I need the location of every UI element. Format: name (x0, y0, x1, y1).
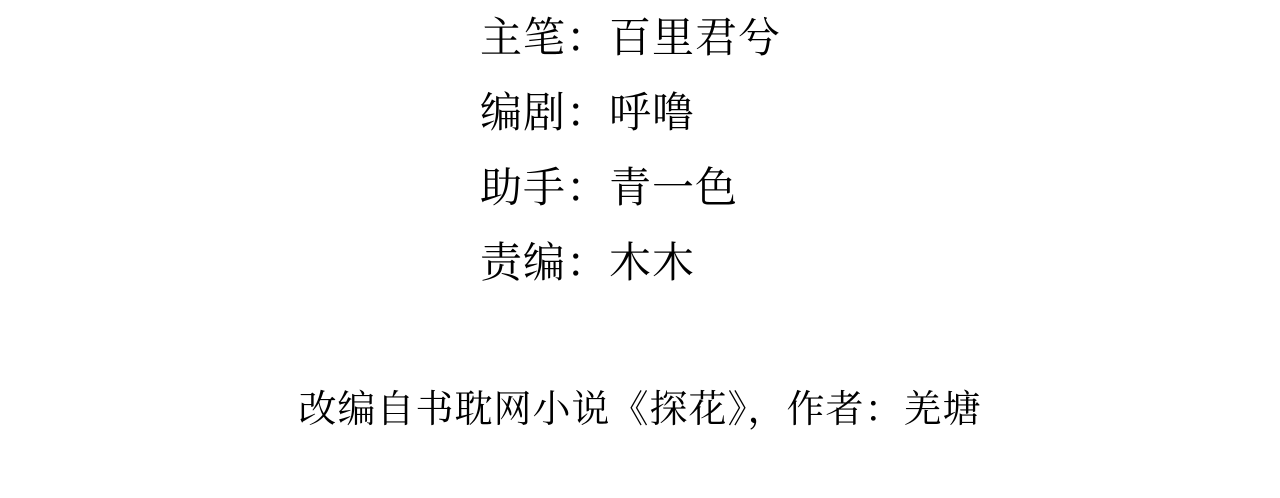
credit-line-assistant: 助手：青一色 (480, 150, 781, 225)
credits-block: 主笔：百里君兮 编剧：呼噜 助手：青一色 责编：木木 (480, 0, 781, 300)
credit-line-screenwriter: 编剧：呼噜 (480, 75, 781, 150)
credit-line-lead-artist: 主笔：百里君兮 (480, 0, 781, 75)
attribution-text: 改编自书耽网小说《探花》，作者：羌塘 (0, 385, 1280, 435)
credit-line-editor: 责编：木木 (480, 225, 781, 300)
credits-page: { "colors": { "background": "#ffffff", "… (0, 0, 1280, 498)
